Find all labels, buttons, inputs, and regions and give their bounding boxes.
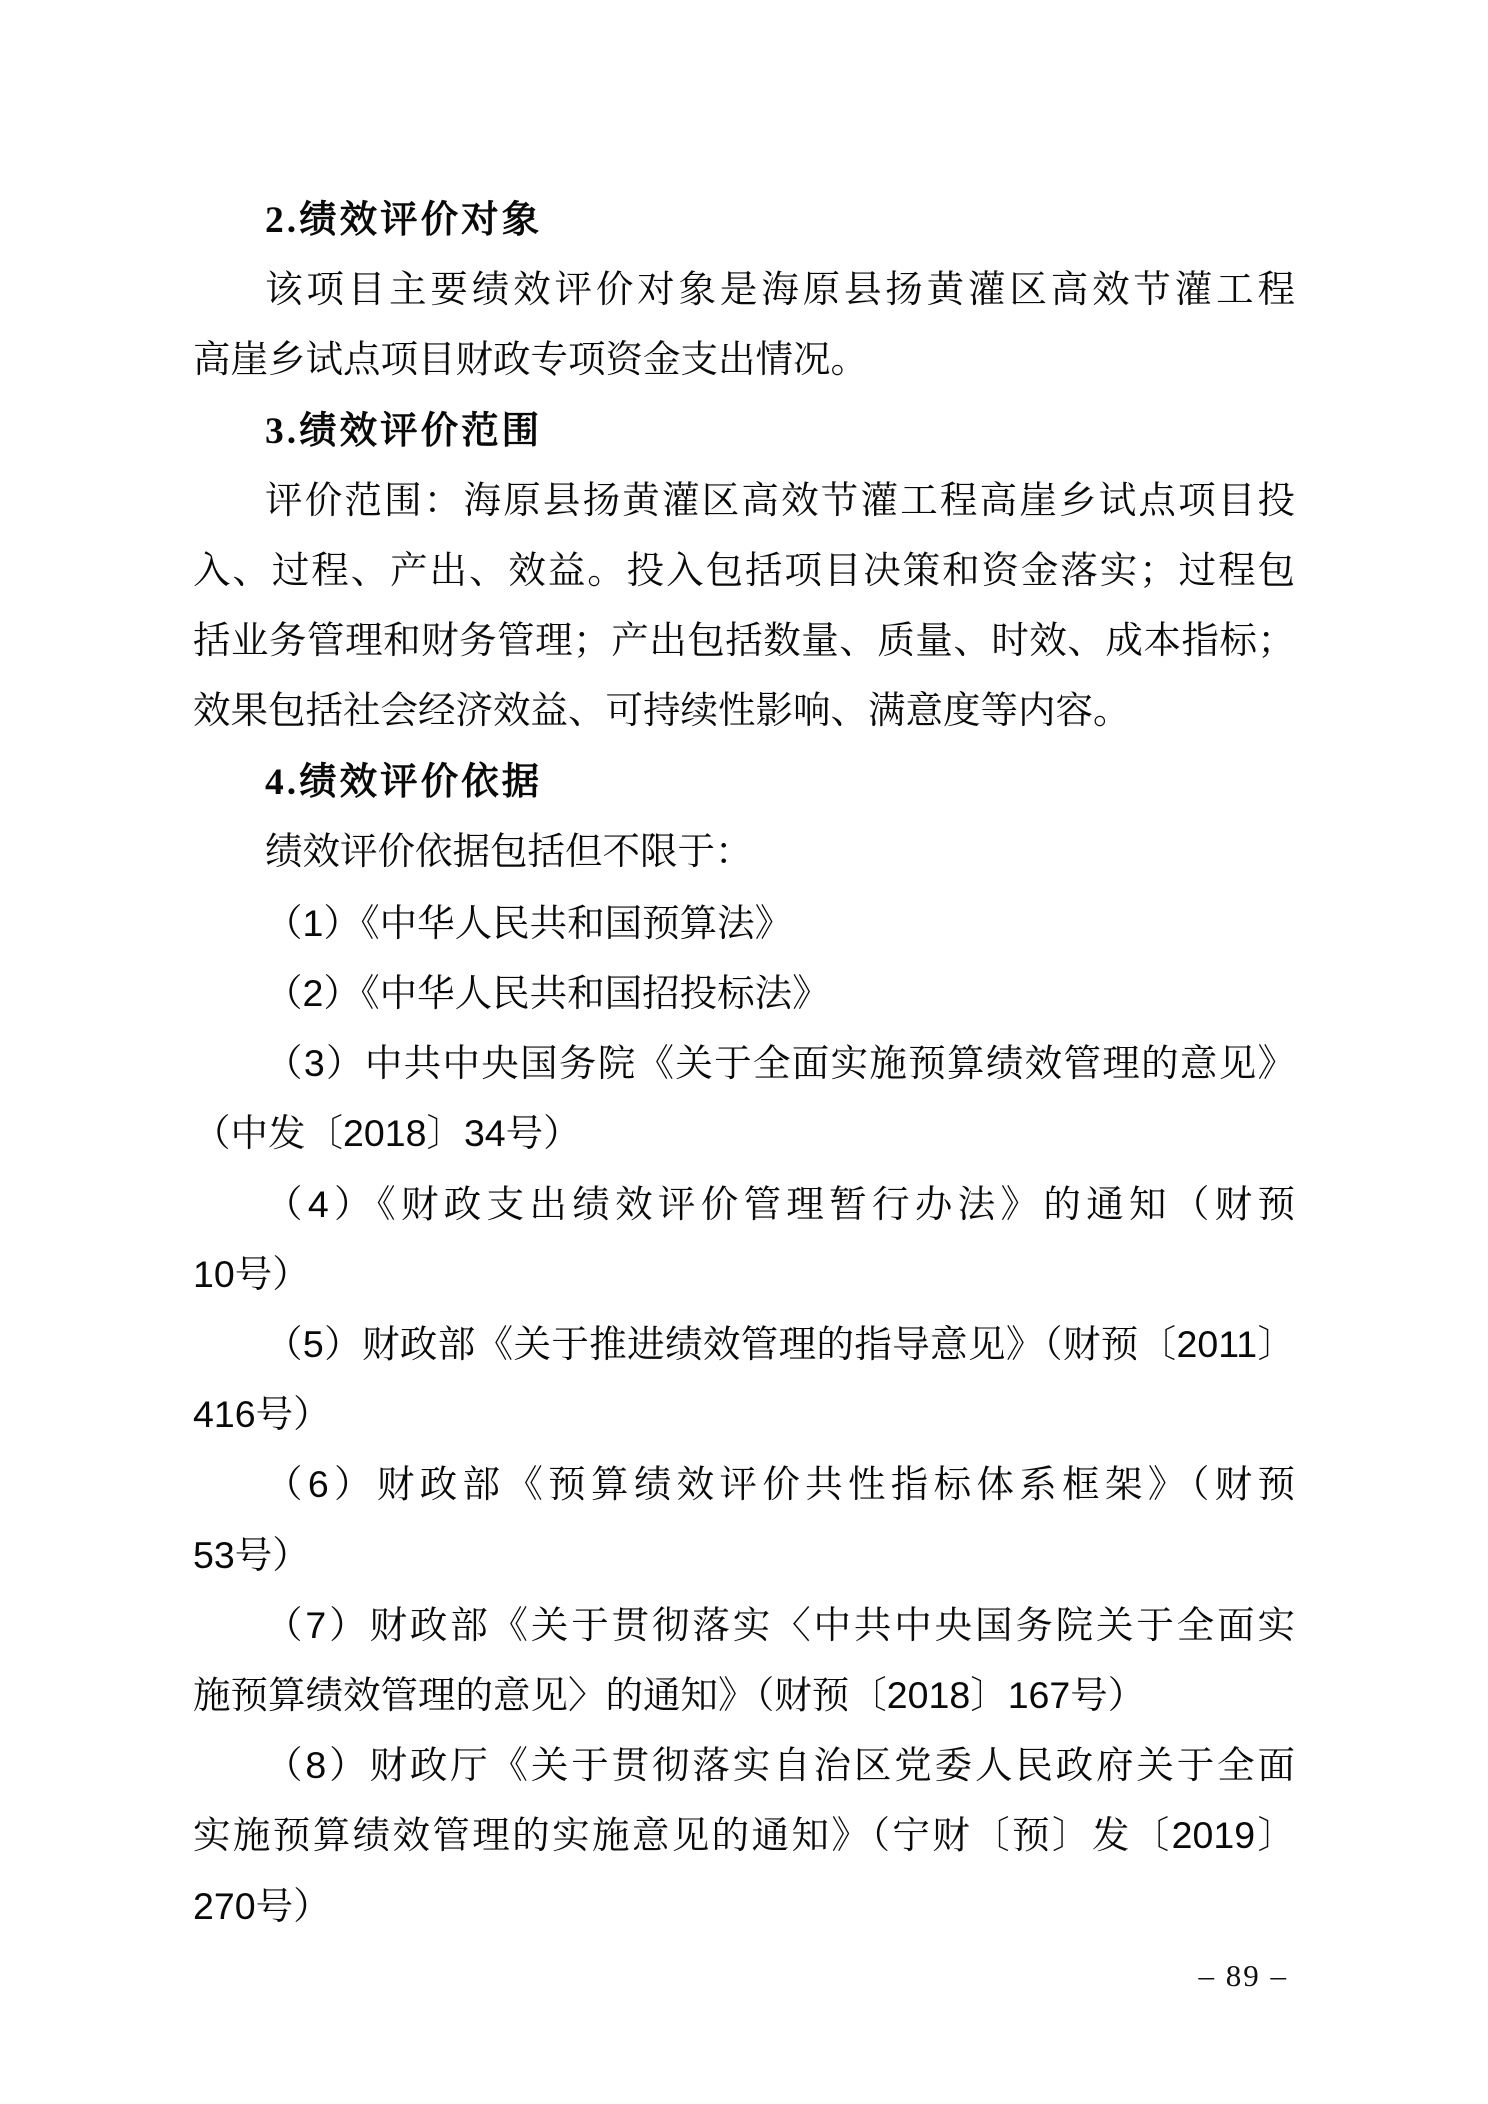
text-line: （2）《中华人民共和国招投标法》: [193, 958, 1295, 1028]
text-line: 效果包括社会经济效益、可持续性影响、满意度等内容。: [193, 677, 1295, 747]
text-line: 施预算绩效管理的意见〉的通知》（财预〔2018〕167号）: [193, 1660, 1295, 1730]
document-page: 2.绩效评价对象该项目主要绩效评价对象是海原县扬黄灌区高效节灌工程高崖乡试点项目…: [0, 0, 1488, 2104]
text-line: 该项目主要绩效评价对象是海原县扬黄灌区高效节灌工程: [193, 256, 1295, 326]
text-line: 实施预算绩效管理的实施意见的通知》（宁财〔预〕发〔2019〕: [193, 1800, 1295, 1870]
text-line: （4）《财政支出绩效评价管理暂行办法》的通知（财预〔2020〕: [193, 1169, 1295, 1239]
text-line: （6）财政部《预算绩效评价共性指标体系框架》（财预〔2013〕: [193, 1449, 1295, 1519]
section-heading: 4.绩效评价依据: [193, 748, 1295, 818]
text-line: （中发〔2018〕34号）: [193, 1098, 1295, 1168]
text-line: 入、过程、产出、效益。投入包括项目决策和资金落实；过程包: [193, 537, 1295, 607]
text-line: 10号）: [193, 1239, 1295, 1309]
text-line: （7）财政部《关于贯彻落实〈中共中央国务院关于全面实: [193, 1590, 1295, 1660]
document-body: 2.绩效评价对象该项目主要绩效评价对象是海原县扬黄灌区高效节灌工程高崖乡试点项目…: [193, 186, 1295, 1941]
text-line: 括业务管理和财务管理；产出包括数量、质量、时效、成本指标；: [193, 607, 1295, 677]
section-heading: 2.绩效评价对象: [193, 186, 1295, 256]
text-line: （1）《中华人民共和国预算法》: [193, 888, 1295, 958]
text-line: 评价范围：海原县扬黄灌区高效节灌工程高崖乡试点项目投: [193, 467, 1295, 537]
text-line: （5）财政部《关于推进绩效管理的指导意见》（财预〔2011〕: [193, 1309, 1295, 1379]
text-line: 53号）: [193, 1520, 1295, 1590]
text-line: 高崖乡试点项目财政专项资金支出情况。: [193, 326, 1295, 396]
text-line: 416号）: [193, 1379, 1295, 1449]
text-line: 270号）: [193, 1871, 1295, 1941]
text-line: 绩效评价依据包括但不限于：: [193, 818, 1295, 888]
page-number: – 89 –: [1199, 1956, 1289, 1996]
text-line: （8）财政厅《关于贯彻落实自治区党委人民政府关于全面: [193, 1730, 1295, 1800]
section-heading: 3.绩效评价范围: [193, 397, 1295, 467]
text-line: （3）中共中央国务院《关于全面实施预算绩效管理的意见》: [193, 1028, 1295, 1098]
